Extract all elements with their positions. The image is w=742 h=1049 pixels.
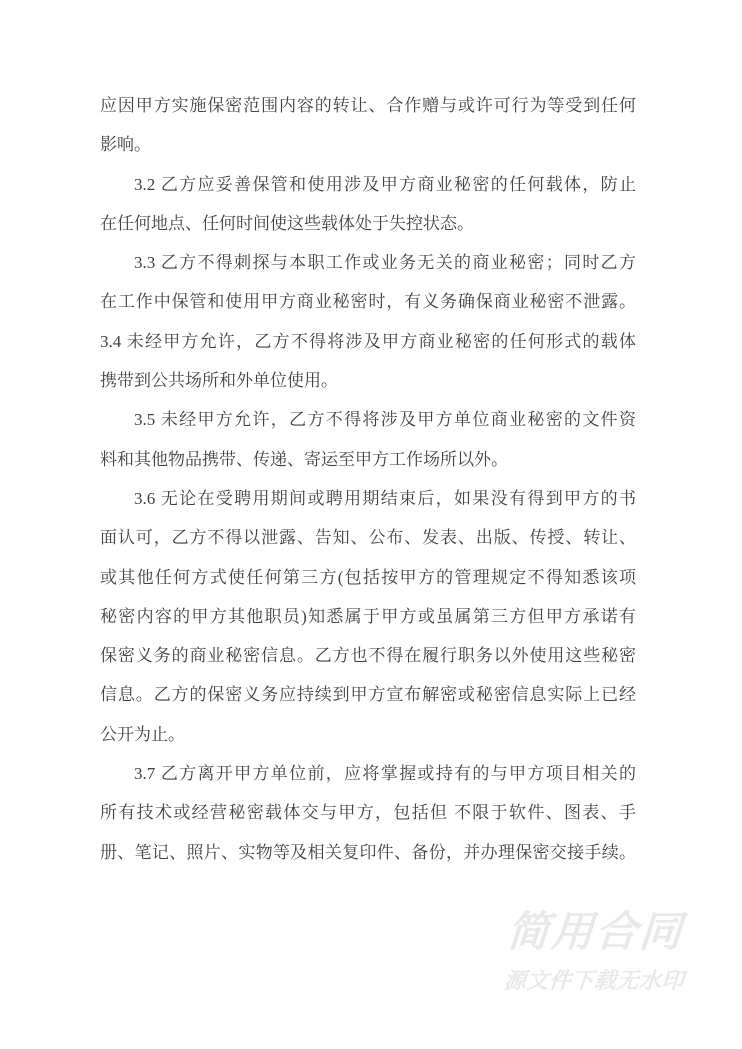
text-line: 料和其他物品携带、传递、寄运至甲方工作场所以外。	[100, 440, 636, 479]
text-line: 信息。乙方的保密义务应持续到甲方宣布解密或秘密信息实际上已经	[100, 675, 636, 714]
text-line: 在工作中保管和使用甲方商业秘密时，有义务确保商业秘密不泄露。	[100, 282, 636, 321]
text-line: 在任何地点、任何时间使这些载体处于失控状态。	[100, 204, 636, 243]
text-line: 或其他任何方式使任何第三方(包括按甲方的管理规定不得知悉该项	[100, 558, 636, 597]
text-line: 3.5 未经甲方允许，乙方不得将涉及甲方单位商业秘密的文件资	[100, 400, 636, 439]
text-line: 应因甲方实施保密范围内容的转让、合作赠与或许可行为等受到任何	[100, 86, 636, 125]
text-line: 公开为止。	[100, 715, 636, 754]
watermark-subtitle: 源文件下载无水印	[503, 964, 685, 995]
text-line: 3.6 无论在受聘用期间或聘用期结束后，如果没有得到甲方的书	[100, 479, 636, 518]
watermark: 简用合同 源文件下载无水印	[503, 908, 689, 995]
text-line: 3.7 乙方离开甲方单位前，应将掌握或持有的与甲方项目相关的	[100, 754, 636, 793]
text-line: 携带到公共场所和外单位使用。	[100, 361, 636, 400]
text-line: 3.4 未经甲方允许，乙方不得将涉及甲方商业秘密的任何形式的载体	[100, 322, 636, 361]
text-line: 秘密内容的甲方其他职员)知悉属于甲方或虽属第三方但甲方承诺有	[100, 597, 636, 636]
text-line: 3.3 乙方不得刺探与本职工作或业务无关的商业秘密；同时乙方	[100, 243, 636, 282]
text-line: 影响。	[100, 125, 636, 164]
text-line: 3.2 乙方应妥善保管和使用涉及甲方商业秘密的任何载体，防止	[100, 165, 636, 204]
text-line: 册、笔记、照片、实物等及相关复印件、备份，并办理保密交接手续。	[100, 833, 636, 872]
document-page: 应因甲方实施保密范围内容的转让、合作赠与或许可行为等受到任何 影响。 3.2 乙…	[0, 0, 742, 1049]
text-line: 保密义务的商业秘密信息。乙方也不得在履行职务以外使用这些秘密	[100, 636, 636, 675]
text-line: 所有技术或经营秘密载体交与甲方，包括但 不限于软件、图表、手	[100, 793, 636, 832]
text-line: 面认可，乙方不得以泄露、告知、公布、发表、出版、传授、转让、	[100, 518, 636, 557]
document-body: 应因甲方实施保密范围内容的转让、合作赠与或许可行为等受到任何 影响。 3.2 乙…	[100, 86, 636, 872]
watermark-title: 简用合同	[506, 908, 689, 956]
